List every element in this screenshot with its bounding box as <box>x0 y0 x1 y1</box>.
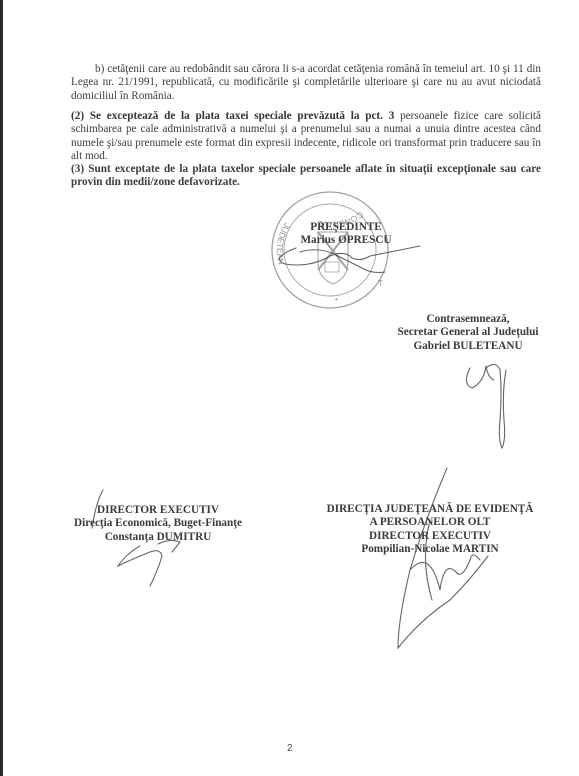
secretary-signature-icon <box>466 364 506 448</box>
countersign-name: Gabriel BULETEANU <box>388 340 548 353</box>
records-director-block: DIRECŢIA JUDEŢEANĂ DE EVIDENŢĂ A PERSOAN… <box>305 503 555 557</box>
paragraph-2: (2) Se exceptează de la plata taxei spec… <box>71 110 541 164</box>
svg-text:T: T <box>378 279 383 288</box>
paragraph-b: b) cetăţenii care au redobândit sau căro… <box>71 63 541 103</box>
president-title: PREŞEDINTE <box>296 221 396 234</box>
economic-director-name: Constanţa DUMITRU <box>58 531 258 544</box>
records-directorate-line2: A PERSOANELOR OLT <box>305 516 555 529</box>
president-name: Marius OPRESCU <box>296 234 396 247</box>
president-signature-icon <box>280 246 420 273</box>
records-director-title: DIRECTOR EXECUTIV <box>305 530 555 543</box>
records-director-signature-icon <box>398 468 488 648</box>
economic-director-department: Direcţia Economică, Buget-Finanţe <box>58 517 258 530</box>
countersign-block: Contrasemnează, Secretar General al Jude… <box>388 313 548 353</box>
records-directorate-line1: DIRECŢIA JUDEŢEANĂ DE EVIDENŢĂ <box>305 503 555 516</box>
countersign-label: Contrasemnează, <box>388 313 548 326</box>
economic-director-title: DIRECTOR EXECUTIV <box>58 504 258 517</box>
paragraph-2-heading: (2) Se exceptează de la plata taxei spec… <box>71 110 394 122</box>
economic-director-block: DIRECTOR EXECUTIV Direcţia Economică, Bu… <box>58 504 258 544</box>
document-page: b) cetăţenii care au redobândit sau căro… <box>0 0 579 776</box>
svg-text:•: • <box>335 295 338 304</box>
records-director-name: Pompilian-Nicolae MARTIN <box>305 543 555 556</box>
page-number: 2 <box>287 743 293 754</box>
svg-text:JUDETEAN: JUDETEAN <box>275 221 292 266</box>
countersign-role: Secretar General al Judeţului <box>388 326 548 339</box>
paragraph-3: (3) Sunt exceptate de la plata taxelor s… <box>71 163 541 190</box>
president-signature-block: PREŞEDINTE Marius OPRESCU <box>296 221 396 248</box>
